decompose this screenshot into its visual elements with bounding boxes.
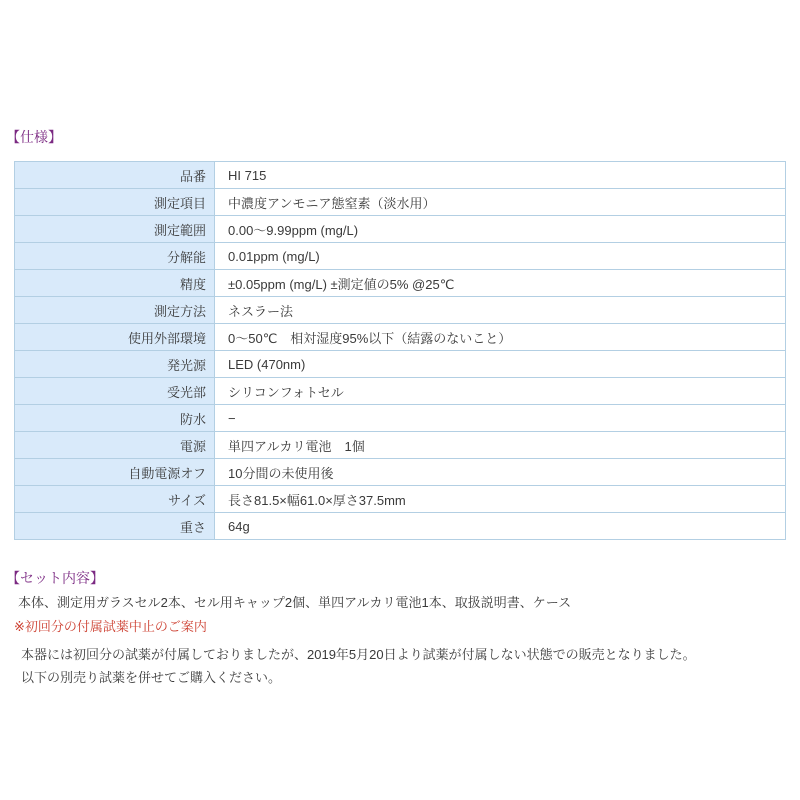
set-section-title: 【セット内容】 <box>6 570 800 586</box>
spec-table: 品番 HI 715 測定項目 中濃度アンモニア態窒素（淡水用） 測定範囲 0.0… <box>14 161 786 540</box>
reagent-notice-title: ※初回分の付属試薬中止のご案内 <box>14 619 800 635</box>
spec-value: シリコンフォトセル <box>215 378 786 405</box>
spec-label: 自動電源オフ <box>15 459 215 486</box>
spec-value: 0～50℃ 相対湿度95%以下（結露のないこと） <box>215 324 786 351</box>
spec-label: 電源 <box>15 432 215 459</box>
table-row: 測定項目 中濃度アンモニア態窒素（淡水用） <box>15 189 786 216</box>
table-row: 測定方法 ネスラー法 <box>15 297 786 324</box>
spec-value: − <box>215 405 786 432</box>
spec-label: 精度 <box>15 270 215 297</box>
table-row: 電源 単四アルカリ電池 1個 <box>15 432 786 459</box>
spec-label: 防水 <box>15 405 215 432</box>
table-row: 精度 ±0.05ppm (mg/L) ±測定値の5% @25℃ <box>15 270 786 297</box>
spec-label: 使用外部環境 <box>15 324 215 351</box>
table-row: 測定範囲 0.00～9.99ppm (mg/L) <box>15 216 786 243</box>
spec-label: 測定方法 <box>15 297 215 324</box>
reagent-notice-line: 本器には初回分の試薬が付属しておりましたが、2019年5月20日より試薬が付属し… <box>21 643 800 666</box>
table-row: 発光源 LED (470nm) <box>15 351 786 378</box>
spec-value: HI 715 <box>215 162 786 189</box>
set-contents-line: 本体、測定用ガラスセル2本、セル用キャップ2個、単四アルカリ電池1本、取扱説明書… <box>18 595 800 611</box>
spec-label: 受光部 <box>15 378 215 405</box>
spec-value: 単四アルカリ電池 1個 <box>215 432 786 459</box>
table-row: 防水 − <box>15 405 786 432</box>
spec-label: 発光源 <box>15 351 215 378</box>
table-row: 使用外部環境 0～50℃ 相対湿度95%以下（結露のないこと） <box>15 324 786 351</box>
spec-value: 0.01ppm (mg/L) <box>215 243 786 270</box>
product-spec-page: 【仕様】 品番 HI 715 測定項目 中濃度アンモニア態窒素（淡水用） 測定範… <box>0 0 800 689</box>
reagent-notice-line: 以下の別売り試薬を併せてご購入ください。 <box>21 666 800 689</box>
spec-value: ネスラー法 <box>215 297 786 324</box>
spec-label: 重さ <box>15 513 215 540</box>
table-row: 分解能 0.01ppm (mg/L) <box>15 243 786 270</box>
table-row: 品番 HI 715 <box>15 162 786 189</box>
spec-label: 分解能 <box>15 243 215 270</box>
spec-value: 0.00～9.99ppm (mg/L) <box>215 216 786 243</box>
table-row: サイズ 長さ81.5×幅61.0×厚さ37.5mm <box>15 486 786 513</box>
table-row: 受光部 シリコンフォトセル <box>15 378 786 405</box>
spec-label: 品番 <box>15 162 215 189</box>
spec-table-body: 品番 HI 715 測定項目 中濃度アンモニア態窒素（淡水用） 測定範囲 0.0… <box>15 162 786 540</box>
spec-value: ±0.05ppm (mg/L) ±測定値の5% @25℃ <box>215 270 786 297</box>
reagent-notice-paragraph: 本器には初回分の試薬が付属しておりましたが、2019年5月20日より試薬が付属し… <box>21 643 800 689</box>
spec-value: 中濃度アンモニア態窒素（淡水用） <box>215 189 786 216</box>
table-row: 自動電源オフ 10分間の未使用後 <box>15 459 786 486</box>
spec-value: 64g <box>215 513 786 540</box>
spec-label: 測定項目 <box>15 189 215 216</box>
table-row: 重さ 64g <box>15 513 786 540</box>
spec-label: サイズ <box>15 486 215 513</box>
spec-label: 測定範囲 <box>15 216 215 243</box>
spec-value: 長さ81.5×幅61.0×厚さ37.5mm <box>215 486 786 513</box>
spec-value: LED (470nm) <box>215 351 786 378</box>
spec-value: 10分間の未使用後 <box>215 459 786 486</box>
spec-section-title: 【仕様】 <box>6 129 800 145</box>
